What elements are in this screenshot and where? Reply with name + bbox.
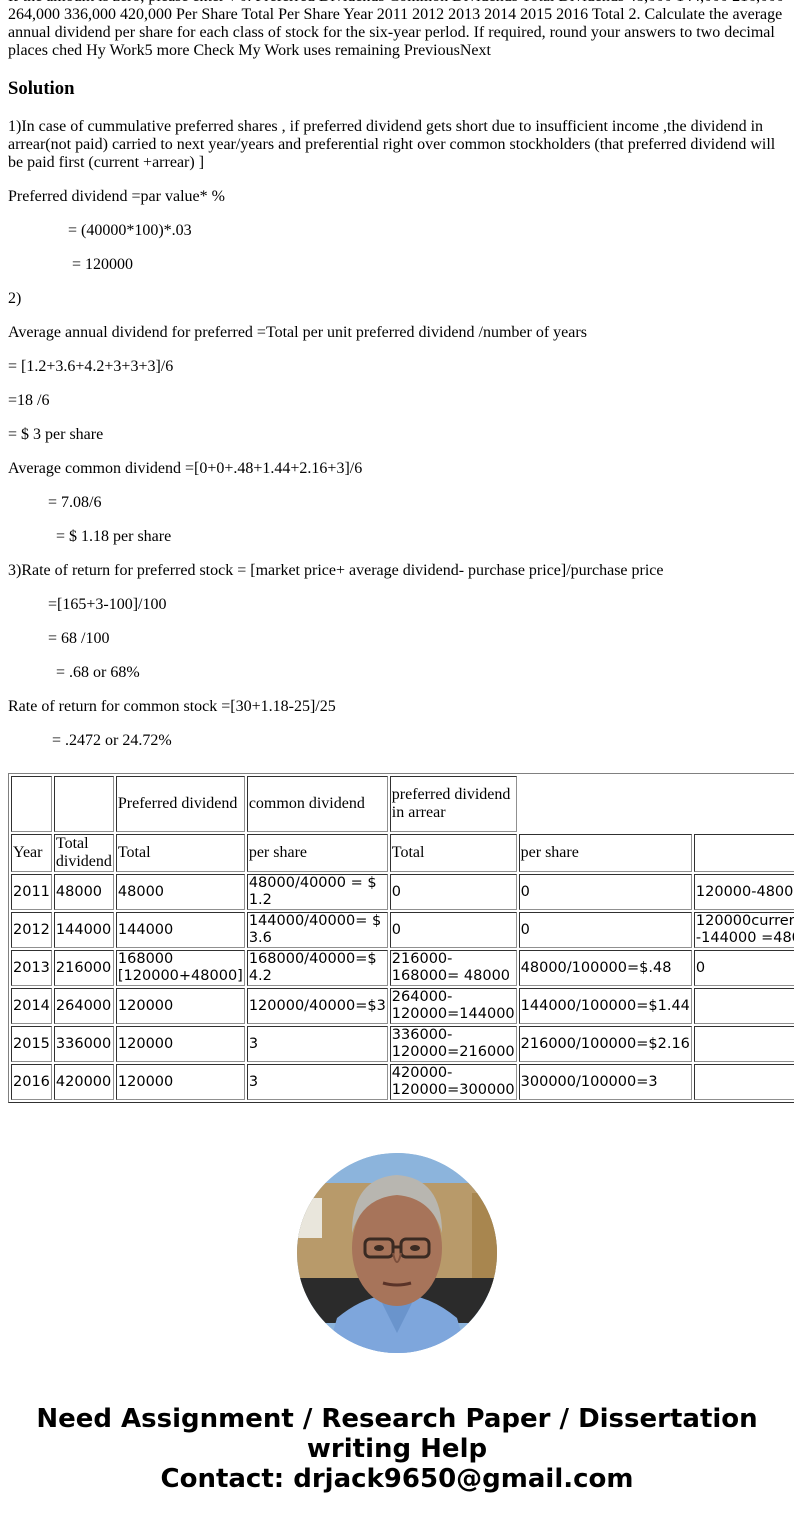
table-cell: 2016 bbox=[11, 1064, 52, 1100]
table-cell: 2014 bbox=[11, 988, 52, 1024]
table-cell: 216000/100000=$2.16 bbox=[519, 1026, 692, 1062]
author-avatar bbox=[297, 1153, 497, 1353]
table-cell: 48000 bbox=[54, 874, 114, 910]
table-cell: 2011 bbox=[11, 874, 52, 910]
table-cell: 264000 bbox=[54, 988, 114, 1024]
table-cell: 3 bbox=[247, 1026, 388, 1062]
question-text: If the amount is zero, please enter \"0.… bbox=[8, 0, 786, 60]
table-cell: 144000 bbox=[116, 912, 245, 948]
part2-common-formula: Average common dividend =[0+0+.48+1.44+2… bbox=[8, 460, 786, 478]
promo-banner: Need Assignment / Research Paper / Disse… bbox=[0, 1404, 794, 1494]
table-cell: 144000/40000= $ 3.6 bbox=[247, 912, 388, 948]
table-cell: 48000 bbox=[116, 874, 245, 910]
table-cell: 420000 bbox=[54, 1064, 114, 1100]
table-cell: 300000/100000=3 bbox=[519, 1064, 692, 1100]
table-row: 2013216000168000 [120000+48000]168000/40… bbox=[11, 950, 794, 986]
promo-contact: Contact: drjack9650@gmail.com bbox=[0, 1464, 794, 1494]
header-cell: per share bbox=[247, 834, 388, 872]
table-cell: 0 bbox=[694, 950, 794, 986]
table-cell: 216000 bbox=[54, 950, 114, 986]
header-cell: Total bbox=[116, 834, 245, 872]
part1-step2: = 120000 bbox=[8, 256, 786, 274]
document-body: If the amount is zero, please enter \"0.… bbox=[8, 0, 786, 766]
table-cell: 120000-48000= 72000 bbox=[694, 874, 794, 910]
header-cell: preferred dividend in arrear bbox=[390, 776, 517, 832]
table-header-row-2: Year Total dividend Total per share Tota… bbox=[11, 834, 794, 872]
header-cell bbox=[54, 776, 114, 832]
table-cell: 2013 bbox=[11, 950, 52, 986]
table-cell: 0 bbox=[390, 912, 517, 948]
table-cell bbox=[694, 1026, 794, 1062]
table-cell: 144000/100000=$1.44 bbox=[519, 988, 692, 1024]
table-cell: 120000 bbox=[116, 1064, 245, 1100]
table-cell: 48000/100000=$.48 bbox=[519, 950, 692, 986]
table-cell: 120000/40000=$3 bbox=[247, 988, 388, 1024]
table-cell: 120000current+72000arrear -144000 =48000 bbox=[694, 912, 794, 948]
table-row: 2014264000120000120000/40000=$3264000- 1… bbox=[11, 988, 794, 1024]
part1-explanation: 1)In case of cummulative preferred share… bbox=[8, 118, 786, 172]
part1-formula: Preferred dividend =par value* % bbox=[8, 188, 786, 206]
table-cell bbox=[694, 988, 794, 1024]
table-cell: 216000- 168000= 48000 bbox=[390, 950, 517, 986]
part3-common-result: = .2472 or 24.72% bbox=[8, 732, 786, 750]
part2-pref-formula: Average annual dividend for preferred =T… bbox=[8, 324, 786, 342]
part2-pref-step1: = [1.2+3.6+4.2+3+3+3]/6 bbox=[8, 358, 786, 376]
table-cell: 0 bbox=[390, 874, 517, 910]
header-cell: Total dividend bbox=[54, 834, 114, 872]
solution-heading: Solution bbox=[8, 79, 786, 99]
table-cell bbox=[694, 1064, 794, 1100]
part3-common-formula: Rate of return for common stock =[30+1.1… bbox=[8, 698, 786, 716]
person-portrait-icon bbox=[297, 1153, 497, 1353]
table-cell: 168000 [120000+48000] bbox=[116, 950, 245, 986]
table-cell: 420000- 120000=300000 bbox=[390, 1064, 517, 1100]
table-cell: 336000- 120000=216000 bbox=[390, 1026, 517, 1062]
table-cell: 2015 bbox=[11, 1026, 52, 1062]
header-cell: per share bbox=[519, 834, 692, 872]
table-cell: 48000/40000 = $ 1.2 bbox=[247, 874, 388, 910]
table-row: 2012144000144000144000/40000= $ 3.600120… bbox=[11, 912, 794, 948]
part3-pref-result: = .68 or 68% bbox=[8, 664, 786, 682]
part3-pref-step2: = 68 /100 bbox=[8, 630, 786, 648]
table-cell: 264000- 120000=144000 bbox=[390, 988, 517, 1024]
table-row: 20164200001200003420000- 120000=30000030… bbox=[11, 1064, 794, 1100]
table-header-row-1: Preferred dividend common dividend prefe… bbox=[11, 776, 794, 832]
part3-pref-formula: 3)Rate of return for preferred stock = [… bbox=[8, 562, 786, 580]
part3-pref-step1: =[165+3-100]/100 bbox=[8, 596, 786, 614]
table-cell: 2012 bbox=[11, 912, 52, 948]
table-row: 20153360001200003336000- 120000=21600021… bbox=[11, 1026, 794, 1062]
part2-pref-step2: =18 /6 bbox=[8, 392, 786, 410]
part2-common-result: = $ 1.18 per share bbox=[8, 528, 786, 546]
header-empty-span bbox=[519, 776, 794, 832]
dividend-table: Preferred dividend common dividend prefe… bbox=[8, 773, 794, 1103]
header-cell: common dividend bbox=[247, 776, 388, 832]
header-cell bbox=[11, 776, 52, 832]
table-cell: 0 bbox=[519, 874, 692, 910]
table-cell: 144000 bbox=[54, 912, 114, 948]
part2-common-step1: = 7.08/6 bbox=[8, 494, 786, 512]
table-cell: 120000 bbox=[116, 988, 245, 1024]
table-cell: 120000 bbox=[116, 1026, 245, 1062]
header-cell: Total bbox=[390, 834, 517, 872]
table-cell: 0 bbox=[519, 912, 692, 948]
table-body: 2011480004800048000/40000 = $ 1.20012000… bbox=[11, 874, 794, 1100]
table-cell: 3 bbox=[247, 1064, 388, 1100]
header-cell: Year bbox=[11, 834, 52, 872]
table-cell: 336000 bbox=[54, 1026, 114, 1062]
table-row: 2011480004800048000/40000 = $ 1.20012000… bbox=[11, 874, 794, 910]
part1-step1: = (40000*100)*.03 bbox=[8, 222, 786, 240]
table-cell: 168000/40000=$ 4.2 bbox=[247, 950, 388, 986]
header-cell bbox=[694, 834, 794, 872]
header-cell: Preferred dividend bbox=[116, 776, 245, 832]
promo-line-2: writing Help bbox=[0, 1434, 794, 1464]
part2-pref-result: = $ 3 per share bbox=[8, 426, 786, 444]
promo-line-1: Need Assignment / Research Paper / Disse… bbox=[0, 1404, 794, 1434]
part2-label: 2) bbox=[8, 290, 786, 308]
